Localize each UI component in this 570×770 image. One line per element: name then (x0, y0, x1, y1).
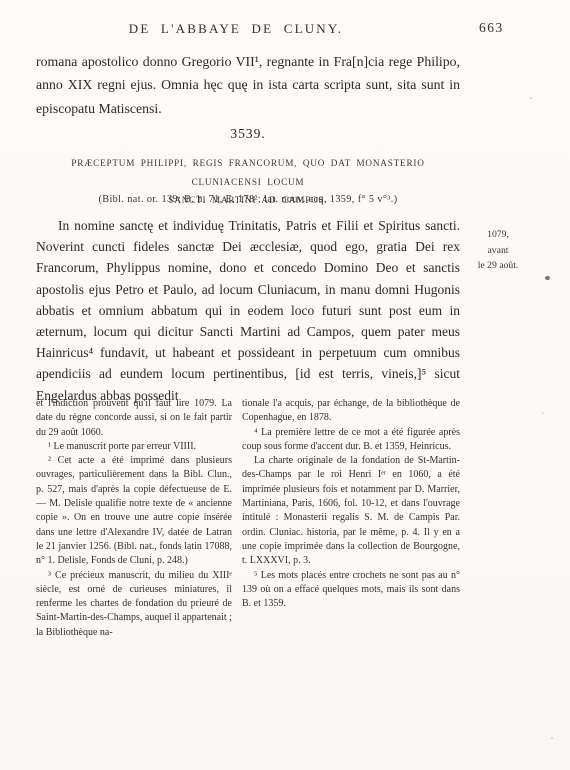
intro-paragraph: romana apostolico donno Gregorio VII¹, r… (36, 50, 460, 120)
charter-source-reference: (Bibl. nat. or. 139; B. h. 71, E. 178²; … (36, 194, 460, 205)
scan-speck (542, 412, 544, 414)
margin-date-line3: le 29 août. (459, 258, 537, 274)
running-header-title: DE L'ABBAYE DE CLUNY. (36, 21, 436, 37)
scan-speck (545, 276, 550, 280)
footnotes-left-column: et l'indiction prouvent qu'il faut lire … (36, 397, 232, 640)
footnote-3-continuation: tionale l'a acquis, par échange, de la b… (242, 397, 460, 426)
charter-title-line1: PRÆCEPTUM PHILIPPI, REGIS FRANCORUM, QUO… (36, 154, 460, 191)
footnote-3: ³ Ce précieux manuscrit, du milieu du XI… (36, 569, 232, 640)
footnote-2: ² Cet acte a été imprimé dans plusieurs … (36, 454, 232, 568)
scan-speck (551, 737, 553, 739)
footnote-5: ⁵ Les mots placés entre crochets ne sont… (242, 569, 460, 612)
footnote-1: ¹ Le manuscrit porte par erreur VIIII. (36, 440, 232, 454)
scanned-book-page: DE L'ABBAYE DE CLUNY. 663 romana apostol… (0, 0, 570, 770)
scan-speck (530, 97, 532, 99)
footnote-continuation: et l'indiction prouvent qu'il faut lire … (36, 397, 232, 440)
footnote-4: ⁴ La première lettre de ce mot a été fig… (242, 426, 460, 455)
page-number: 663 (479, 20, 504, 36)
margin-date-line2: avant (459, 243, 537, 259)
charter-body-text: In nomine sanctę et individuę Trinitatis… (36, 215, 460, 406)
margin-date-note: 1079, avant le 29 août. (459, 227, 537, 274)
charter-number: 3539. (36, 126, 460, 142)
footnotes-right-column: tionale l'a acquis, par échange, de la b… (242, 397, 460, 611)
margin-date-line1: 1079, (459, 227, 537, 243)
footnote-4-paragraph-2: La charte originale de la fondation de S… (242, 454, 460, 568)
